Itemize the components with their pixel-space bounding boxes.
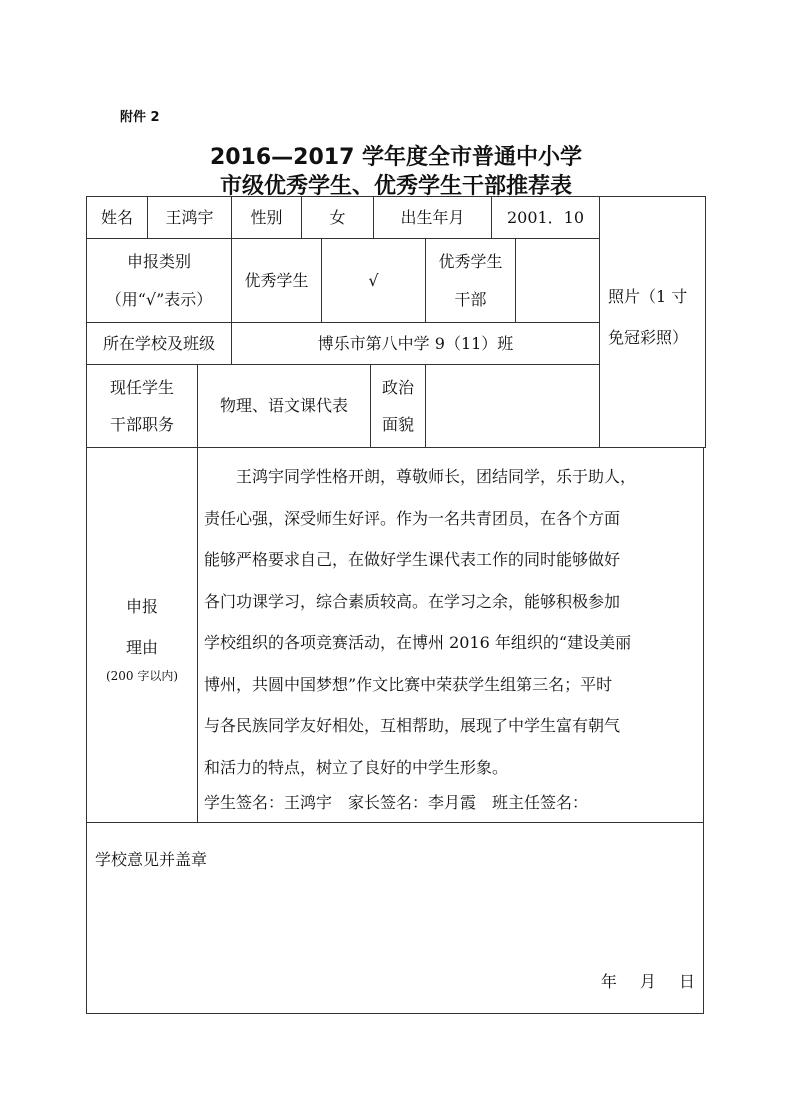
- reason-line: 博州，共圆中国梦想”作文比赛中荣获学生组第三名；平时: [204, 664, 697, 706]
- school-opinion-date: 年 月 日: [601, 969, 695, 992]
- reason-line: 和活力的特点，树立了良好的中学生形象。: [204, 747, 697, 789]
- reason-line: 王鸿宇同学性格开朗，尊敬师长，团结同学，乐于助人，: [204, 456, 697, 498]
- form-title-line1: 2016—2017 学年度全市普通中小学: [86, 140, 706, 171]
- reason-line: 责任心强，深受师生好评。作为一名共青团员，在各个方面: [204, 498, 697, 540]
- political-label-line1: 政治: [382, 378, 414, 397]
- reason-line: 能够严格要求自己，在做好学生课代表工作的同时能够做好: [204, 539, 697, 581]
- political-value: [425, 364, 600, 448]
- current-post-label-line1: 现任学生: [110, 378, 174, 397]
- outstanding-student-label: 优秀学生: [231, 238, 322, 323]
- photo-label-line1: 照片（1 寸: [608, 287, 687, 306]
- category-label-line1: 申报类别: [127, 252, 191, 271]
- reason-text: 王鸿宇同学性格开朗，尊敬师长，团结同学，乐于助人， 责任心强，深受师生好评。作为…: [197, 447, 704, 823]
- birth-value: 2001．10: [491, 196, 600, 239]
- reason-label-line2: 理由: [126, 638, 158, 657]
- reason-label-note: (200 字以内): [106, 669, 178, 683]
- school-opinion-section: 学校意见并盖章 年 月 日: [86, 822, 704, 1014]
- outstanding-student-checkmark: √: [321, 238, 426, 323]
- annex-label: 附件 2: [120, 106, 160, 125]
- signatures-line: 学生签名：王鸿宇 家长签名：李月霞 班主任签名：: [204, 788, 697, 818]
- outstanding-cadre-label-line1: 优秀学生: [438, 252, 502, 271]
- outstanding-cadre-mark: [515, 238, 600, 323]
- political-label-line2: 面貌: [382, 415, 414, 434]
- name-label: 姓名: [86, 196, 148, 239]
- reason-line: 与各民族同学友好相处，互相帮助，展现了中学生富有朝气: [204, 705, 697, 747]
- reason-line: 各门功课学习，综合素质较高。在学习之余，能够积极参加: [204, 581, 697, 623]
- name-value: 王鸿宇: [147, 196, 232, 239]
- current-post-label: 现任学生 干部职务: [86, 364, 198, 448]
- category-label-line2: （用“√”表示）: [106, 290, 213, 309]
- school-class-label: 所在学校及班级: [86, 322, 232, 365]
- photo-cell: 照片（1 寸 免冠彩照）: [599, 196, 706, 448]
- outstanding-cadre-label-line2: 干部: [454, 290, 486, 309]
- reason-label-line1: 申报: [126, 597, 158, 616]
- gender-label: 性别: [231, 196, 302, 239]
- birth-label: 出生年月: [373, 196, 492, 239]
- school-opinion-label: 学校意见并盖章: [95, 847, 207, 870]
- political-label: 政治 面貌: [370, 364, 426, 448]
- current-post-value: 物理、语文课代表: [197, 364, 371, 448]
- gender-value: 女: [301, 196, 374, 239]
- photo-label-line2: 免冠彩照）: [608, 328, 688, 347]
- reason-label: 申报 理由 (200 字以内): [86, 447, 198, 823]
- reason-line: 学校组织的各项竞赛活动，在博州 2016 年组织的“建设美丽: [204, 622, 697, 664]
- current-post-label-line2: 干部职务: [110, 415, 174, 434]
- outstanding-cadre-label: 优秀学生 干部: [425, 238, 516, 323]
- school-class-value: 博乐市第八中学 9（11）班: [231, 322, 600, 365]
- category-label: 申报类别 （用“√”表示）: [86, 238, 232, 323]
